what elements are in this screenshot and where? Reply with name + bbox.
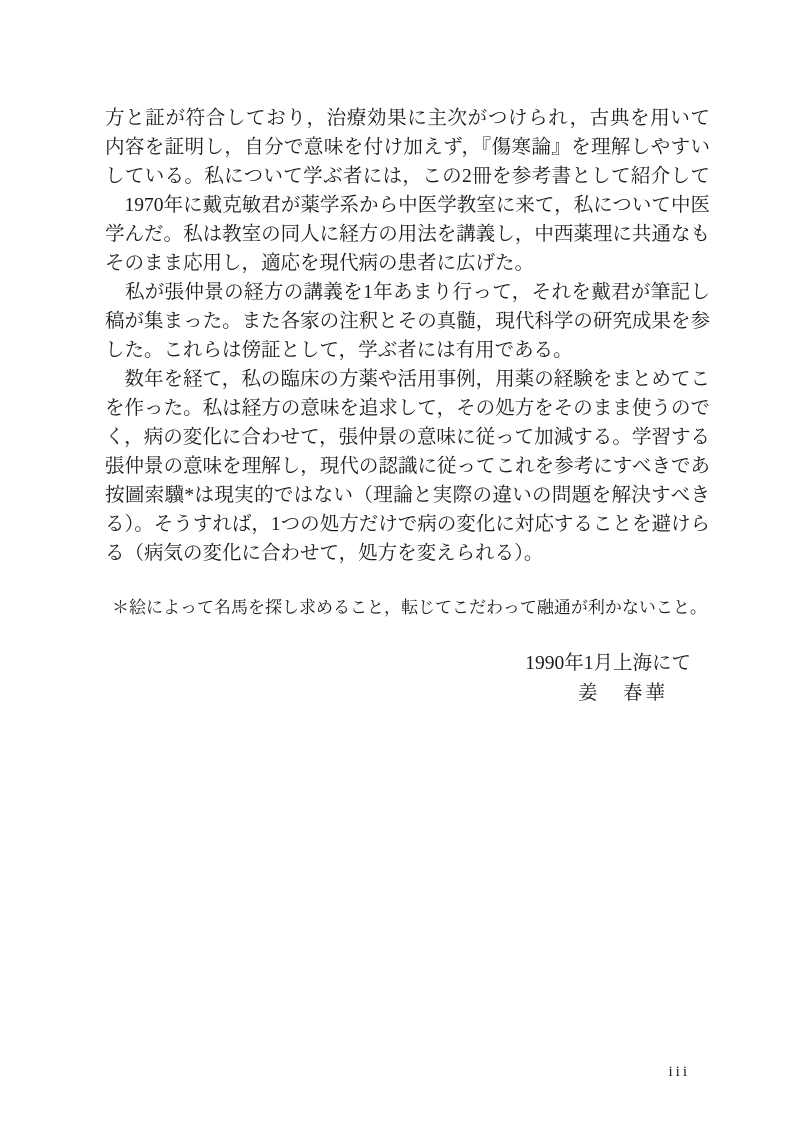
text-line: を作った。私は経方の意味を追求して，その処方をそのまま使うのではな (105, 394, 710, 423)
text-line: 方と証が符合しており，治療効果に主次がつけられ，古典を用いて古典の (105, 104, 710, 133)
text-line: 数年を経て，私の臨床の方薬や活用事例，用薬の経験をまとめてこの本 (105, 365, 710, 394)
text-line: 私が張仲景の経方の講義を1年あまり行って，それを戴君が筆記した原 (105, 278, 710, 307)
text-line: 1970年に戴克敏君が薬学系から中医学教室に来て，私について中医学を (105, 191, 710, 220)
page-number: iii (0, 1062, 690, 1082)
author-signature: 姜 春華 (105, 679, 710, 708)
paragraphs-container: 方と証が符合しており，治療効果に主次がつけられ，古典を用いて古典の内容を証明し，… (105, 104, 710, 568)
text-line: そのまま応用し，適応を現代病の患者に広げた。 (105, 249, 710, 278)
document-page: 方と証が符合しており，治療効果に主次がつけられ，古典を用いて古典の内容を証明し，… (0, 0, 800, 1135)
body-text: 方と証が符合しており，治療効果に主次がつけられ，古典を用いて古典の内容を証明し，… (105, 104, 710, 708)
date-line: 1990年1月上海にて (105, 649, 710, 678)
text-line: 按圖索驥*は現実的ではない（理論と実際の違いの問題を解決すべきであ (105, 481, 710, 510)
text-line: 内容を証明し，自分で意味を付け加えず，『傷寒論』を理解しやすい書物に (105, 133, 710, 162)
text-line: 張仲景の意味を理解し，現代の認識に従ってこれを参考にすべきであり， (105, 452, 710, 481)
text-line: した。これらは傍証として，学ぶ者には有用である。 (105, 336, 710, 365)
text-line: 学んだ。私は教室の同人に経方の用法を講義し，中西薬理に共通なものは (105, 220, 710, 249)
footnote: ＊絵によって名馬を探し求めること，転じてこだわって融通が利かないこと。 (105, 595, 710, 620)
text-line: 稿が集まった。また各家の注釈とその真髄，現代科学の研究成果を参考に (105, 307, 710, 336)
text-line: く，病の変化に合わせて，張仲景の意味に従って加減する。学習する者も， (105, 423, 710, 452)
text-line: る（病気の変化に合わせて，処方を変えられる）。 (105, 539, 710, 568)
text-line: る）。そうすれば，1つの処方だけで病の変化に対応することを避けられ (105, 510, 710, 539)
text-line: している。私について学ぶ者には，この2冊を参考書として紹介している。 (105, 162, 710, 191)
